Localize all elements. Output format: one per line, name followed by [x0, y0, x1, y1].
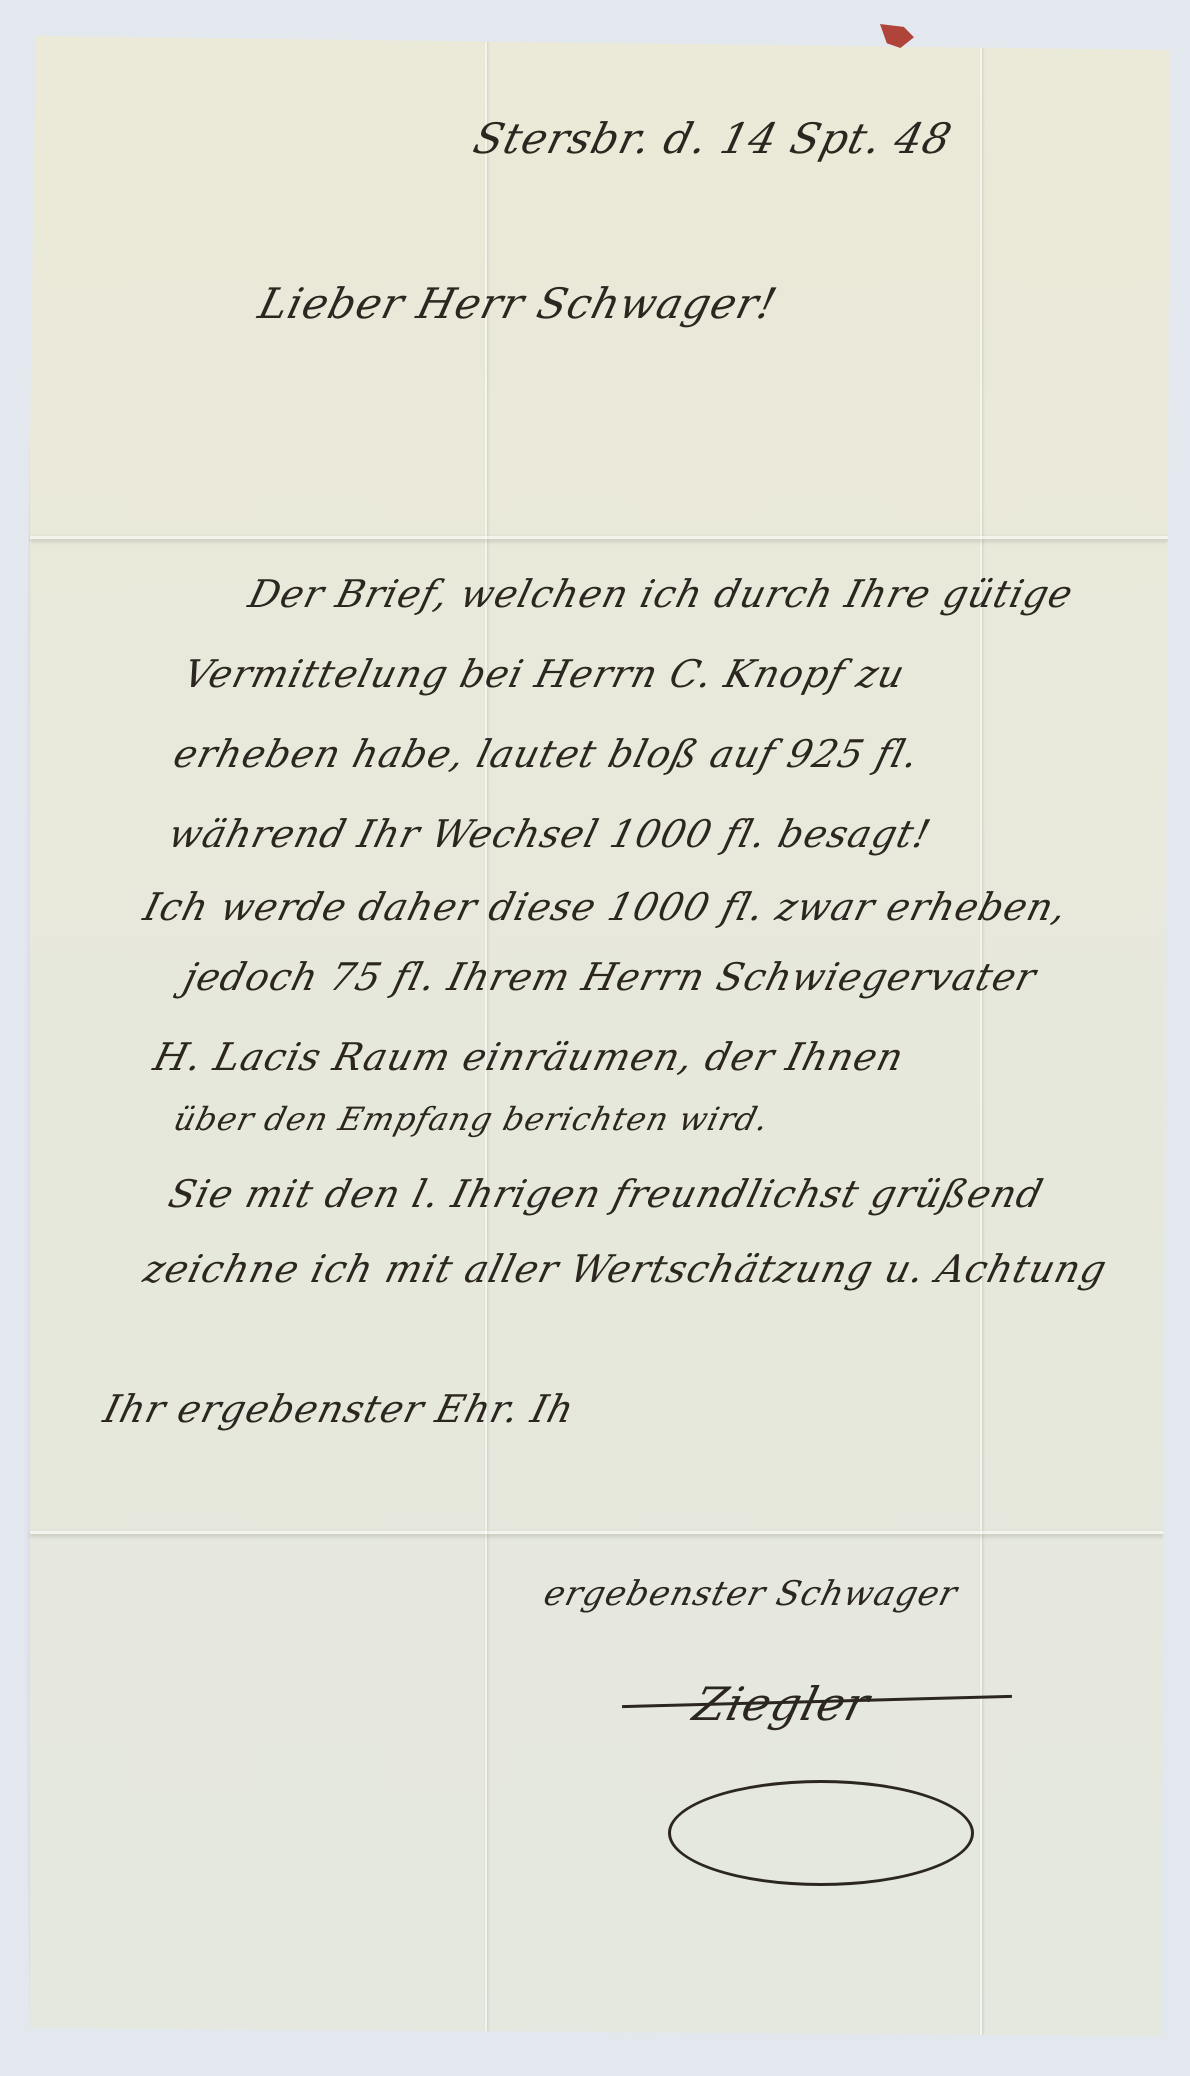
- body-line: Vermittelung bei Herrn C. Knopf zu: [180, 655, 909, 693]
- body-line: Ihr ergebenster Ehr. Ih: [100, 1390, 578, 1428]
- body-line: H. Lacis Raum einräumen, der Ihnen: [150, 1038, 908, 1076]
- body-line: erheben habe, lautet bloß auf 925 fl.: [170, 735, 923, 773]
- closing: ergebenster Schwager: [540, 1575, 962, 1613]
- fold-crease-horizontal-top: [30, 536, 1170, 539]
- body-line: Sie mit den l. Ihrigen freundlichst grüß…: [165, 1175, 1047, 1213]
- body-line: über den Empfang berichten wird.: [170, 1100, 773, 1138]
- fold-crease-horizontal-bottom: [30, 1531, 1170, 1534]
- body-line: zeichne ich mit aller Wertschätzung u. A…: [140, 1250, 1111, 1288]
- salutation: Lieber Herr Schwager!: [255, 285, 781, 323]
- dateline: Stersbr. d. 14 Spt. 48: [470, 120, 956, 158]
- fold-crease-vertical-right: [980, 36, 982, 2036]
- body-line: während Ihr Wechsel 1000 fl. besagt!: [165, 815, 935, 853]
- wax-seal-fragment: [880, 24, 914, 48]
- body-line: Ich werde daher diese 1000 fl. zwar erhe…: [140, 888, 1071, 926]
- signature: Ziegler: [690, 1685, 874, 1723]
- body-line: Der Brief, welchen ich durch Ihre gütige: [245, 575, 1077, 613]
- body-line: jedoch 75 fl. Ihrem Herrn Schwiegervater: [180, 958, 1040, 996]
- signature-flourish: [668, 1780, 974, 1886]
